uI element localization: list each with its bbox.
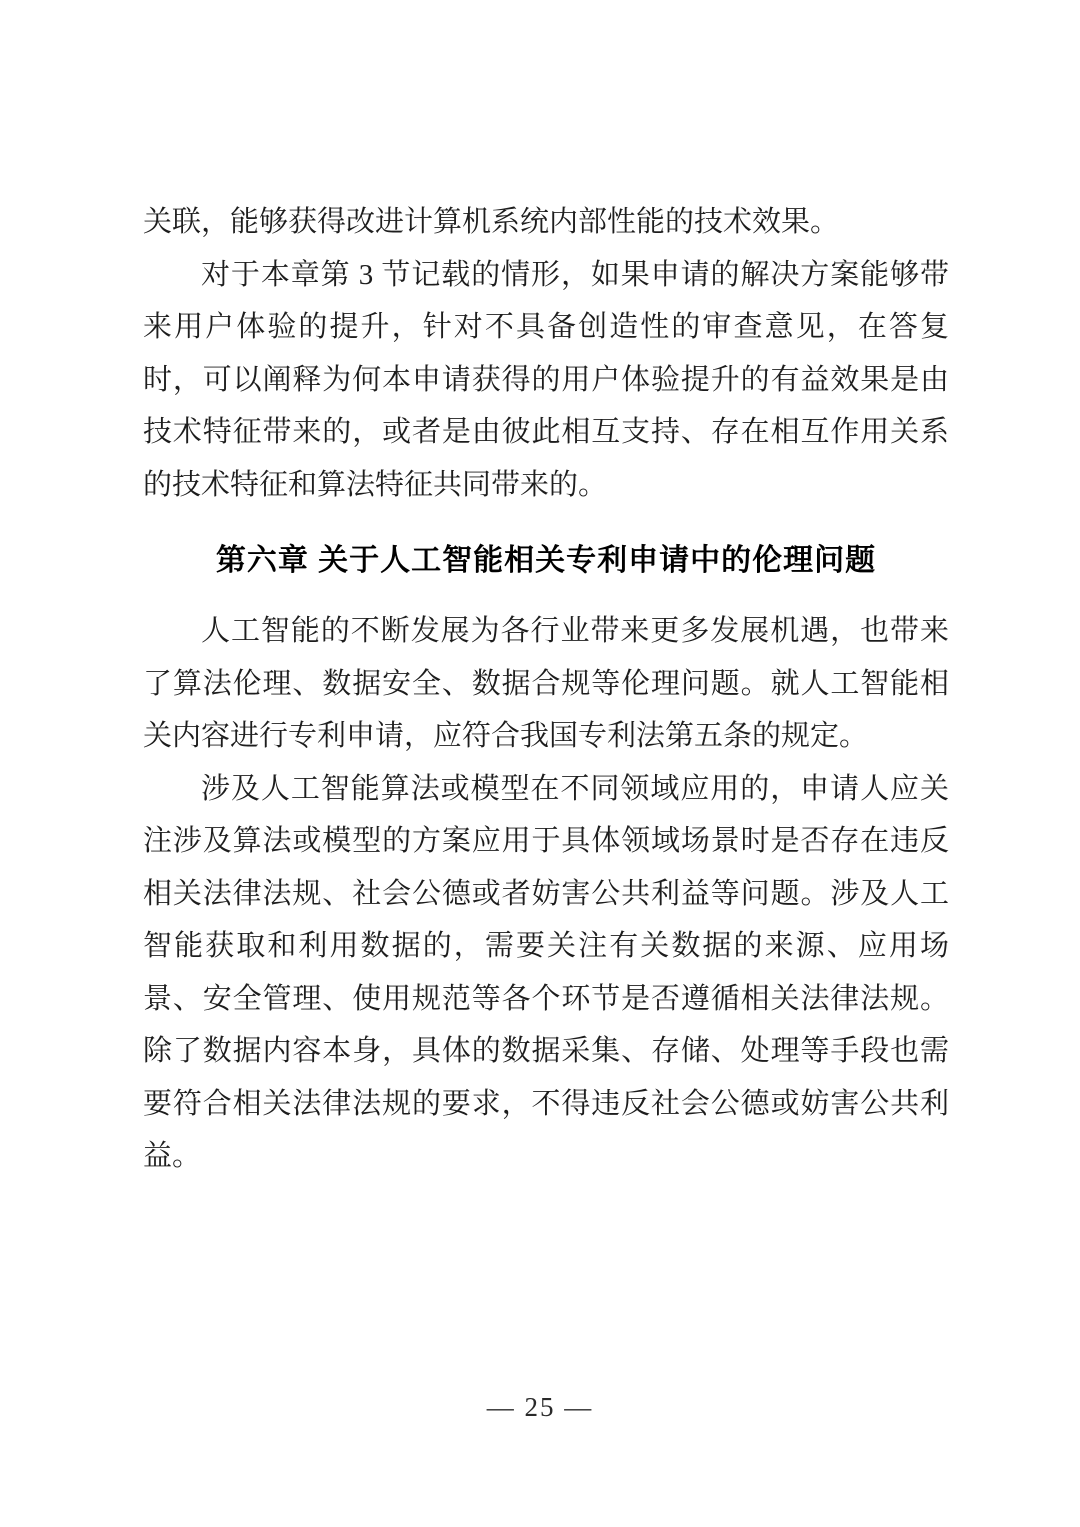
paragraph: 涉及人工智能算法或模型在不同领域应用的，申请人应关注涉及算法或模型的方案应用于具… xyxy=(143,763,949,1183)
paragraph: 人工智能的不断发展为各行业带来更多发展机遇，也带来了算法伦理、数据安全、数据合规… xyxy=(143,605,949,763)
chapter-heading: 第六章 关于人工智能相关专利申请中的伦理问题 xyxy=(143,539,949,583)
document-page: 关联，能够获得改进计算机系统内部性能的技术效果。 对于本章第 3 节记载的情形，… xyxy=(0,0,1080,1527)
paragraph-continuation: 关联，能够获得改进计算机系统内部性能的技术效果。 xyxy=(143,196,949,249)
page-content: 关联，能够获得改进计算机系统内部性能的技术效果。 对于本章第 3 节记载的情形，… xyxy=(143,196,949,1183)
page-number: — 25 — xyxy=(487,1392,594,1422)
paragraph: 对于本章第 3 节记载的情形，如果申请的解决方案能够带来用户体验的提升，针对不具… xyxy=(143,249,949,512)
page-footer: — 25 — xyxy=(0,1392,1080,1423)
